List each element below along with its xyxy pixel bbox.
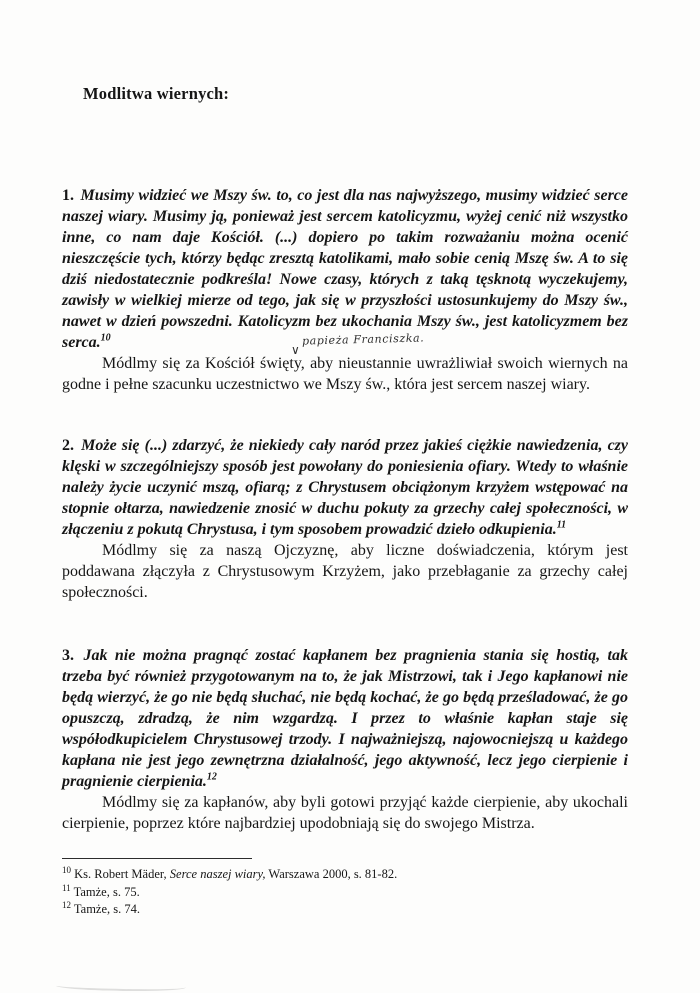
footnote-ref-10: 10 [101, 333, 111, 344]
petition-2-quote: 2. Może się (...) zdarzyć, że niekiedy c… [62, 435, 628, 540]
scan-edge-artifact [56, 980, 186, 992]
petition-1-response: Módlmy się za Kościół święty, aby nieust… [62, 353, 628, 395]
footnote-10: 10 Ks. Robert Mäder, Serce naszej wiary,… [62, 866, 628, 884]
footnote-10-text: Ks. Robert Mäder, [71, 867, 170, 881]
petition-3-quote: 3. Jak nie można pragnąć zostać kapłanem… [62, 645, 628, 792]
footnotes-section: 10 Ks. Robert Mäder, Serce naszej wiary,… [62, 858, 628, 919]
footnote-10-marker: 10 [62, 865, 71, 875]
petition-2-number: 2. [62, 437, 74, 454]
petition-1: 1. Musimy widzieć we Mszy św. to, co jes… [62, 185, 628, 395]
petition-2-response: Módlmy się za naszą Ojczyznę, aby liczne… [62, 540, 628, 603]
footnote-12-marker: 12 [62, 900, 71, 910]
footnote-ref-12: 12 [207, 772, 217, 783]
petition-1-quote-text: Musimy widzieć we Mszy św. to, co jest d… [62, 187, 628, 351]
footnote-separator-rule [62, 858, 252, 859]
insertion-caret-mark: ∨ [291, 343, 300, 357]
petition-3: 3. Jak nie można pragnąć zostać kapłanem… [62, 645, 628, 834]
footnote-ref-11: 11 [557, 520, 566, 531]
petition-3-quote-text: Jak nie można pragnąć zostać kapłanem be… [62, 647, 628, 790]
petition-1-number: 1. [62, 187, 74, 204]
footnote-11-text: Tamże, s. 75. [71, 885, 140, 899]
petition-1-quote: 1. Musimy widzieć we Mszy św. to, co jes… [62, 185, 628, 353]
footnote-10-tail: Warszawa 2000, s. 81-82. [266, 867, 398, 881]
document-heading: Modlitwa wiernych: [83, 84, 229, 104]
petition-2-quote-text: Może się (...) zdarzyć, że niekiedy cały… [62, 437, 628, 538]
footnote-10-title: Serce naszej wiary, [170, 867, 266, 881]
footnote-11: 11 Tamże, s. 75. [62, 884, 628, 902]
footnote-11-marker: 11 [62, 882, 71, 892]
footnote-12: 12 Tamże, s. 74. [62, 901, 628, 919]
petition-3-response: Módlmy się za kapłanów, aby byli gotowi … [62, 792, 628, 834]
footnote-12-text: Tamże, s. 74. [71, 902, 140, 916]
scanned-document-page: Modlitwa wiernych: 1. Musimy widzieć we … [0, 0, 700, 993]
petition-2: 2. Może się (...) zdarzyć, że niekiedy c… [62, 435, 628, 603]
petition-3-number: 3. [62, 647, 74, 664]
